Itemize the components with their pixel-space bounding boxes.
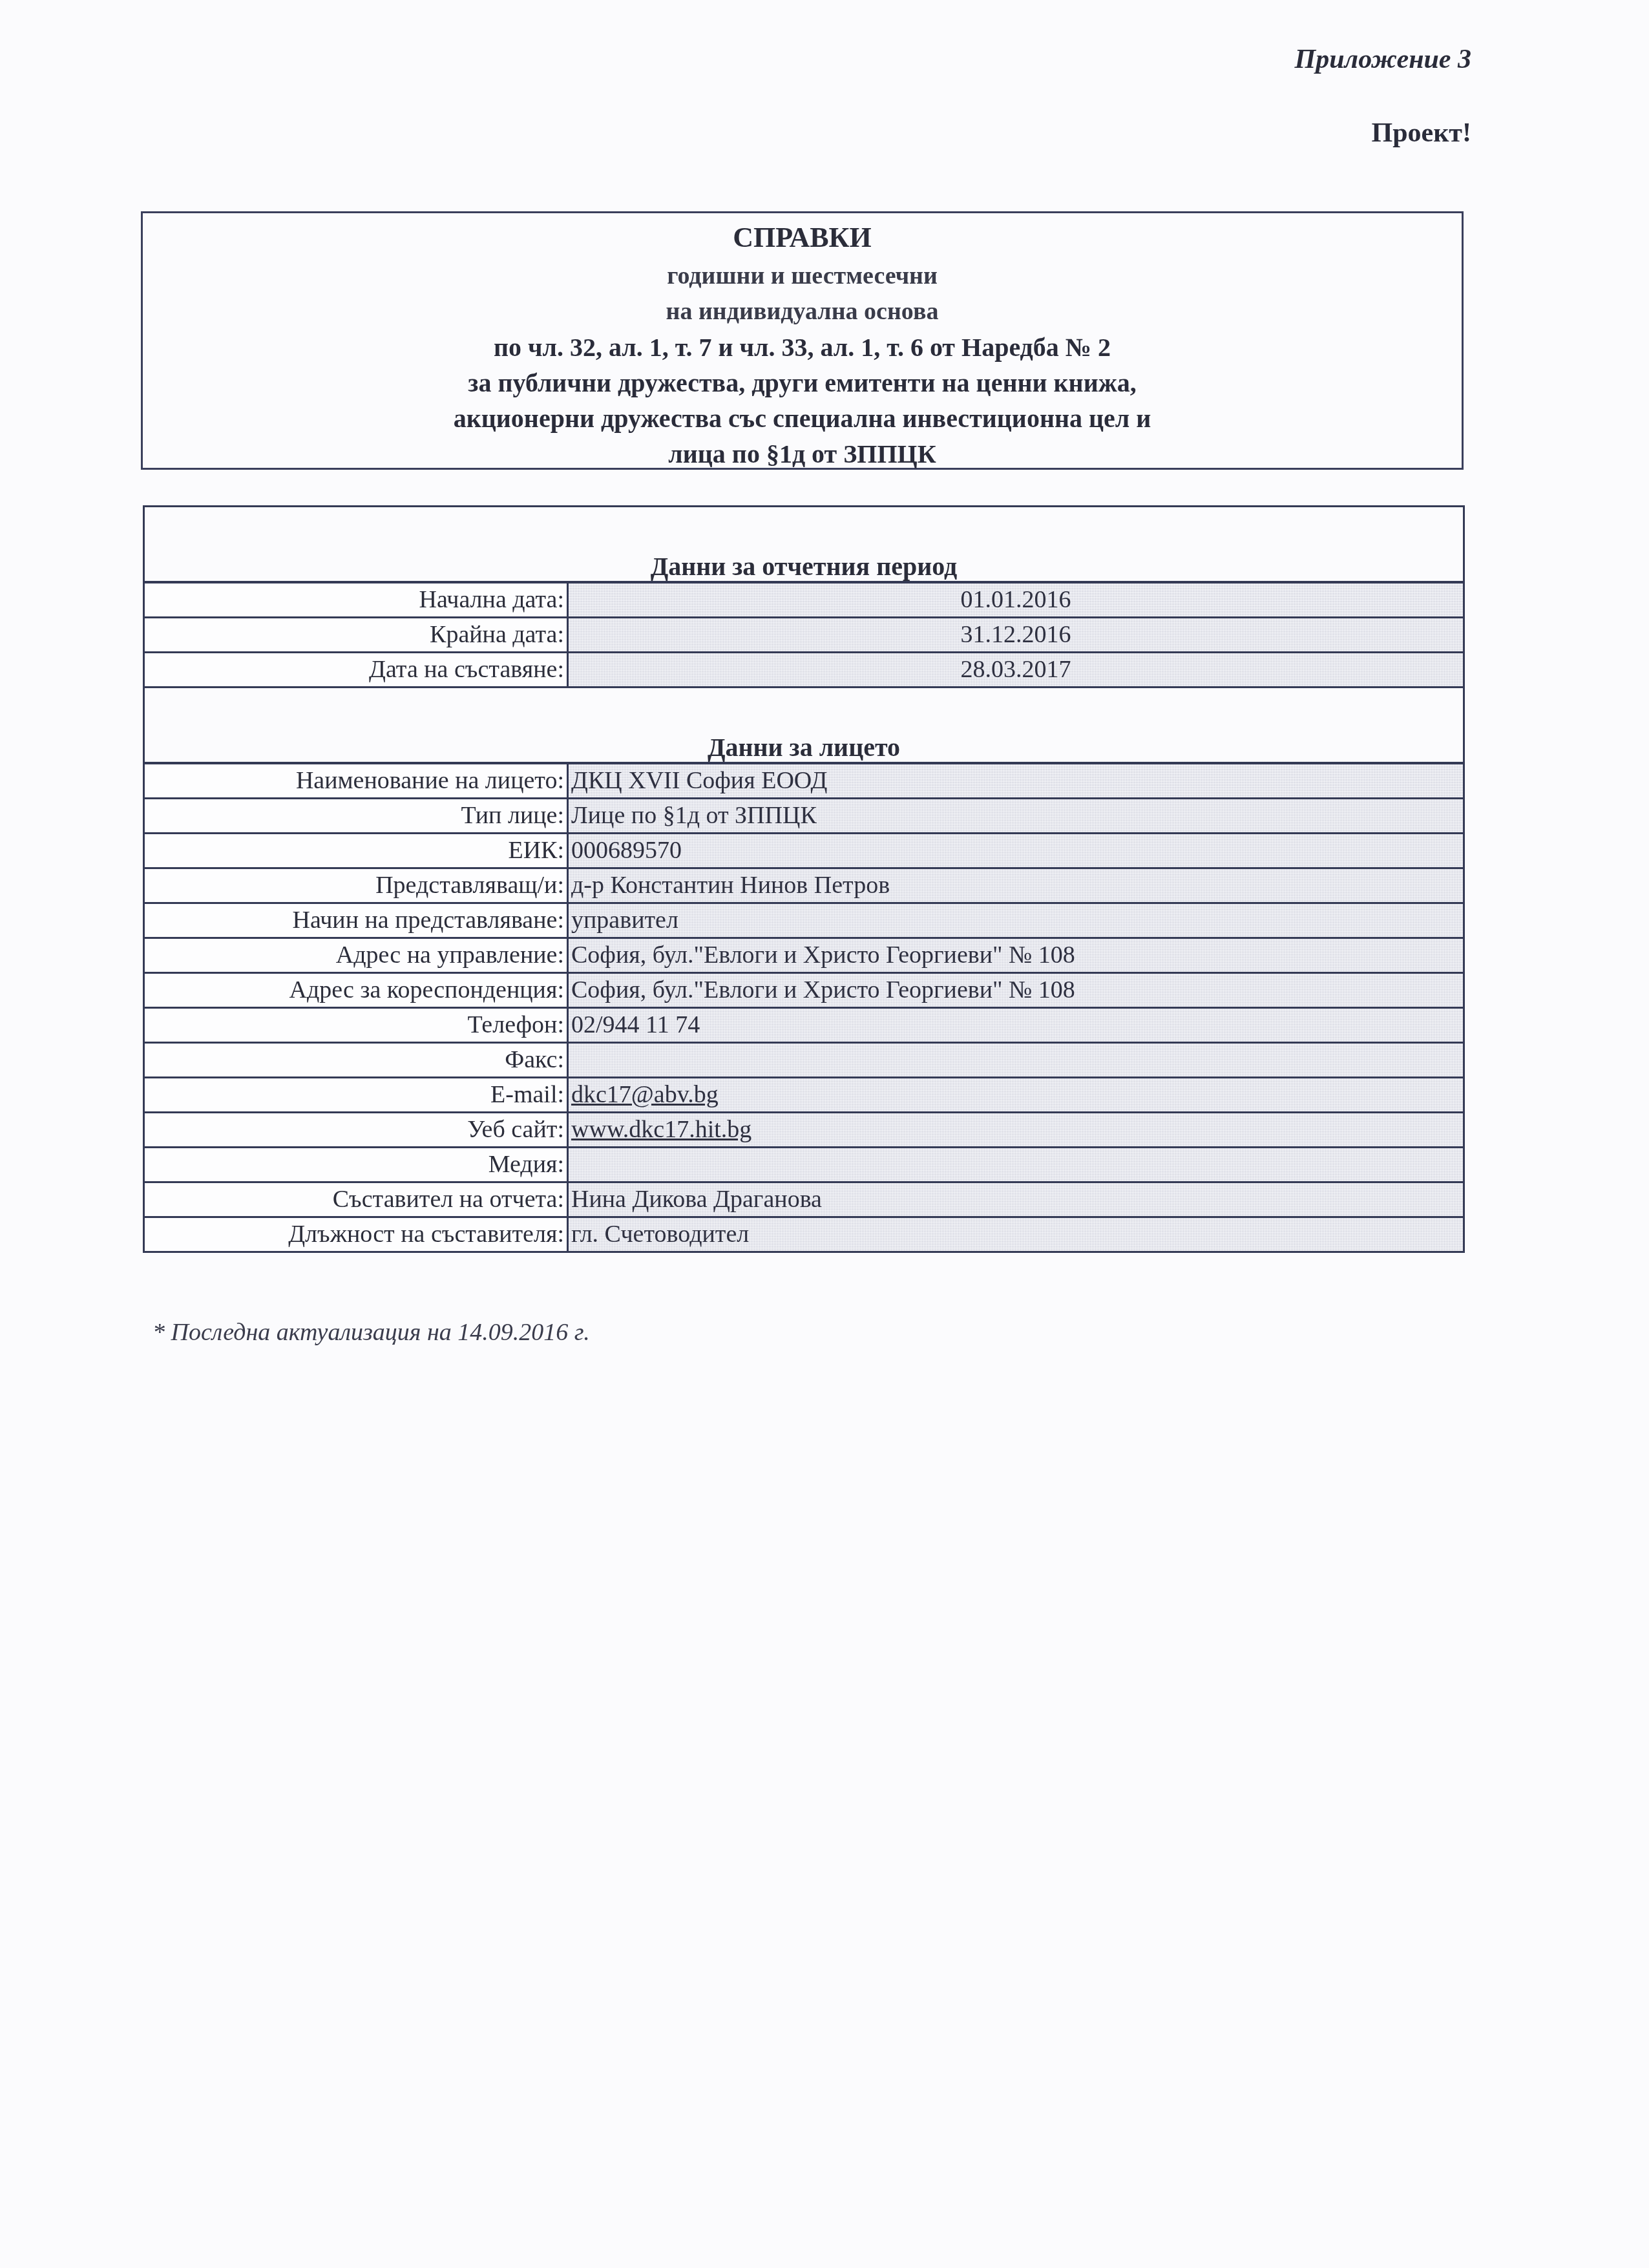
table-row: Начална дата: 01.01.2016 (144, 582, 1464, 618)
phone-label: Телефон: (144, 1008, 568, 1043)
table-row: Крайна дата: 31.12.2016 (144, 618, 1464, 653)
media-value[interactable] (568, 1148, 1464, 1182)
subtitle-line: по чл. 32, ал. 1, т. 7 и чл. 33, ал. 1, … (143, 330, 1462, 365)
report-data-table: Данни за отчетния период Начална дата: 0… (143, 505, 1465, 1253)
end-date-label: Крайна дата: (144, 618, 568, 653)
table-row: Длъжност на съставителя: гл. Счетоводите… (144, 1217, 1464, 1252)
start-date-value[interactable]: 01.01.2016 (568, 582, 1464, 618)
entity-type-value[interactable]: Лице по §1д от ЗППЦК (568, 799, 1464, 834)
compiler-value[interactable]: Нина Дикова Драганова (568, 1182, 1464, 1217)
representative-label: Представляващ/и: (144, 868, 568, 903)
end-date-value[interactable]: 31.12.2016 (568, 618, 1464, 653)
compilation-date-label: Дата на съставяне: (144, 653, 568, 688)
start-date-label: Начална дата: (144, 582, 568, 618)
compilation-date-value[interactable]: 28.03.2017 (568, 653, 1464, 688)
table-row: Наименование на лицето: ДКЦ XVII София Е… (144, 763, 1464, 799)
subtitle-line: годишни и шестмесечни (143, 258, 1462, 294)
table-row: Адрес на управление: София, бул."Евлоги … (144, 938, 1464, 973)
website-link[interactable]: www.dkc17.hit.bg (571, 1116, 751, 1143)
table-row: Адрес за кореспонденция: София, бул."Евл… (144, 973, 1464, 1008)
table-row: Представляващ/и: д-р Константин Нинов Пе… (144, 868, 1464, 903)
email-value-cell: dkc17@abv.bg (568, 1078, 1464, 1113)
compiler-position-value[interactable]: гл. Счетоводител (568, 1217, 1464, 1252)
correspondence-address-value[interactable]: София, бул."Евлоги и Христо Георгиеви" №… (568, 973, 1464, 1008)
title-block: СПРАВКИ годишни и шестмесечни на индивид… (141, 211, 1464, 470)
document-title: СПРАВКИ (143, 217, 1462, 258)
table-row: Начин на представляване: управител (144, 903, 1464, 938)
subtitle-line: лица по §1д от ЗППЦК (143, 436, 1462, 472)
table-row: ЕИК: 000689570 (144, 834, 1464, 868)
table-row: E-mail: dkc17@abv.bg (144, 1078, 1464, 1113)
website-label: Уеб сайт: (144, 1113, 568, 1148)
email-link[interactable]: dkc17@abv.bg (571, 1081, 719, 1108)
representation-method-label: Начин на представляване: (144, 903, 568, 938)
table-row: Съставител на отчета: Нина Дикова Драган… (144, 1182, 1464, 1217)
compiler-label: Съставител на отчета: (144, 1182, 568, 1217)
media-label: Медия: (144, 1148, 568, 1182)
table-row: Дата на съставяне: 28.03.2017 (144, 653, 1464, 688)
representative-value[interactable]: д-р Константин Нинов Петров (568, 868, 1464, 903)
compiler-position-label: Длъжност на съставителя: (144, 1217, 568, 1252)
email-label: E-mail: (144, 1078, 568, 1113)
entity-type-label: Тип лице: (144, 799, 568, 834)
appendix-label: Приложение 3 (1295, 44, 1471, 75)
table-row: Тип лице: Лице по §1д от ЗППЦК (144, 799, 1464, 834)
correspondence-address-label: Адрес за кореспонденция: (144, 973, 568, 1008)
period-heading: Данни за отчетния период (144, 507, 1464, 583)
table-row: Телефон: 02/944 11 74 (144, 1008, 1464, 1043)
section-header-row: Данни за отчетния период (144, 507, 1464, 583)
table-row: Медия: (144, 1148, 1464, 1182)
management-address-value[interactable]: София, бул."Евлоги и Христо Георгиеви" №… (568, 938, 1464, 973)
entity-heading: Данни за лицето (144, 688, 1464, 764)
representation-method-value[interactable]: управител (568, 903, 1464, 938)
entity-name-value[interactable]: ДКЦ XVII София ЕООД (568, 763, 1464, 799)
table-row: Уеб сайт: www.dkc17.hit.bg (144, 1113, 1464, 1148)
section-header-row: Данни за лицето (144, 688, 1464, 764)
subtitle-line: акционерни дружества със специална инвес… (143, 401, 1462, 436)
phone-value[interactable]: 02/944 11 74 (568, 1008, 1464, 1043)
last-update-footnote: * Последна актуализация на 14.09.2016 г. (152, 1318, 590, 1347)
management-address-label: Адрес на управление: (144, 938, 568, 973)
subtitle-line: за публични дружества, други емитенти на… (143, 365, 1462, 401)
eik-label: ЕИК: (144, 834, 568, 868)
eik-value[interactable]: 000689570 (568, 834, 1464, 868)
fax-label: Факс: (144, 1043, 568, 1078)
table-row: Факс: (144, 1043, 1464, 1078)
entity-name-label: Наименование на лицето: (144, 763, 568, 799)
fax-value[interactable] (568, 1043, 1464, 1078)
draft-mark: Проект! (1372, 118, 1472, 149)
website-value-cell: www.dkc17.hit.bg (568, 1113, 1464, 1148)
subtitle-line: на индивидуална основа (143, 294, 1462, 330)
